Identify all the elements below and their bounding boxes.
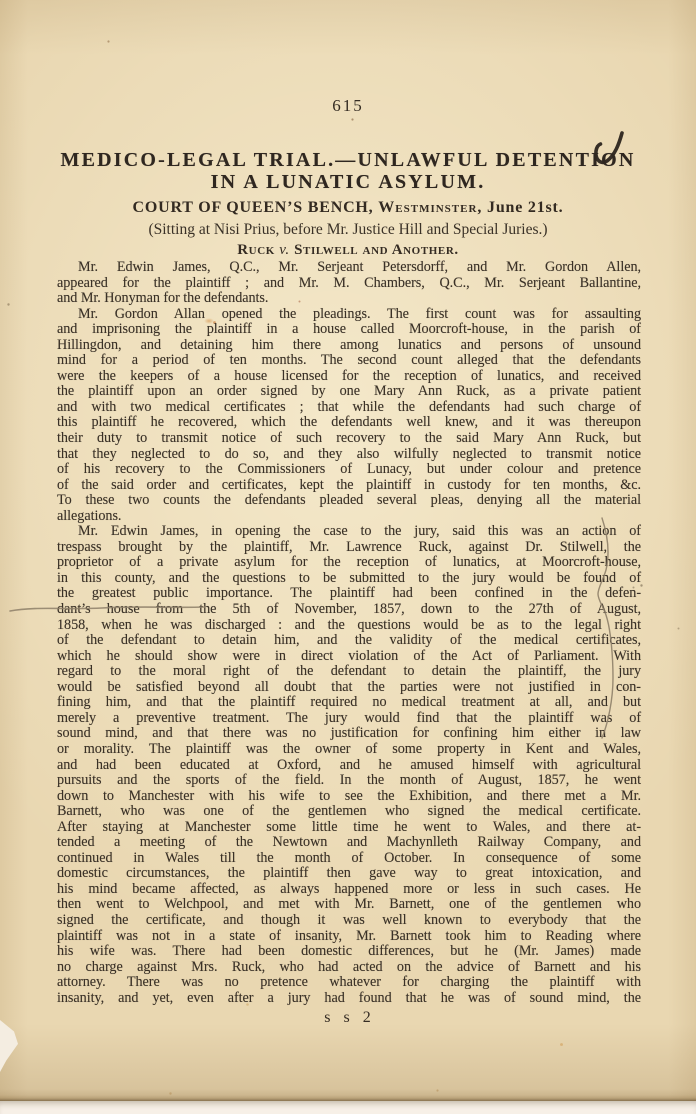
text-line: Mr. Edwin James, in opening the case to …	[57, 524, 641, 540]
text-line: this plaintiff he recovered, which the d…	[57, 415, 641, 431]
page-number: 615	[0, 96, 696, 116]
text-line: trespass brought by the plaintiff, Mr. L…	[57, 540, 641, 556]
scan-background-below-page	[0, 1101, 696, 1114]
text-line: 1858, when he was discharged : and the q…	[57, 618, 641, 634]
text-line: the plaintiff upon an order signed by on…	[57, 384, 641, 400]
paragraph: Mr. Edwin James, in opening the case to …	[57, 524, 641, 1006]
case-title: Ruck v. Stilwell and Another.	[0, 242, 696, 259]
text-line: fining him, and that the plaintiff requi…	[57, 695, 641, 711]
article-title: MEDICO-LEGAL TRIAL.—UNLAWFUL DETENTION I…	[0, 149, 696, 193]
text-line: no charge against Mrs. Ruck, who had act…	[57, 960, 641, 976]
court-heading: COURT OF QUEEN’S BENCH, Westminster, Jun…	[0, 199, 696, 217]
sitting-subheading: (Sitting at Nisi Prius, before Mr. Justi…	[0, 221, 696, 239]
text-line: allegations.	[57, 509, 641, 525]
text-line: of the said order and certificates, kept…	[57, 478, 641, 494]
text-line: Hillingdon, and detaining him there amon…	[57, 338, 641, 354]
court-place: Westminster	[378, 199, 477, 216]
text-line: pursuits and the sports of the field. In…	[57, 773, 641, 789]
paragraph: Mr. Gordon Allan opened the pleadings. T…	[57, 307, 641, 525]
text-line: mind for a period of ten months. The sec…	[57, 353, 641, 369]
case-versus: v.	[279, 242, 294, 258]
article-title-line1: MEDICO-LEGAL TRIAL.—UNLAWFUL DETENTION	[61, 149, 636, 171]
text-line: To these two counts the defendants plead…	[57, 493, 641, 509]
text-line: Mr. Gordon Allan opened the pleadings. T…	[57, 307, 641, 323]
text-line: of his recovery to the Commissioners of …	[57, 462, 641, 478]
case-plaintiff: Ruck	[237, 242, 279, 258]
text-line: their duty to transmit notice of such re…	[57, 431, 641, 447]
text-line: regard to the moral right of the defenda…	[57, 664, 641, 680]
text-line: and imprisoning the plaintiff in a house…	[57, 322, 641, 338]
text-line: Barnett, who was one of the gentlemen wh…	[57, 804, 641, 820]
text-line: domestic circumstances, the plaintiff th…	[57, 866, 641, 882]
text-line: signed the certificate, and though it wa…	[57, 913, 641, 929]
text-line: or morality. The plaintiff was the owner…	[57, 742, 641, 758]
text-line: and had been educated at Oxford, and he …	[57, 758, 641, 774]
text-line: Mr. Edwin James, Q.C., Mr. Serjeant Pete…	[57, 260, 641, 276]
text-line: insanity, and yet, even after a jury had…	[57, 991, 641, 1007]
article-title-line2: IN A LUNATIC ASYLUM.	[211, 171, 486, 193]
text-line: and with two medical certificates ; that…	[57, 400, 641, 416]
text-line: merely a preventive treatment. The jury …	[57, 711, 641, 727]
text-line: sound mind, and that there was no justif…	[57, 726, 641, 742]
text-line: proprietor of a private asylum for the r…	[57, 555, 641, 571]
torn-corner	[0, 1020, 18, 1072]
text-line: would be satisfied beyond all doubt that…	[57, 680, 641, 696]
paper-speckles	[0, 0, 1, 1]
scanned-page: 615 MEDICO-LEGAL TRIAL.—UNLAWFUL DETENTI…	[0, 0, 696, 1101]
text-line: dant’s house from the 5th of November, 1…	[57, 602, 641, 618]
text-line: attorney. There was no pretence whatever…	[57, 975, 641, 991]
text-line: After staying at Manchester some little …	[57, 820, 641, 836]
text-line: of the defendant to detain him, and the …	[57, 633, 641, 649]
paragraph: Mr. Edwin James, Q.C., Mr. Serjeant Pete…	[57, 260, 641, 307]
text-line: then went to Welchpool, and met with Mr.…	[57, 897, 641, 913]
signature-mark: s s 2	[0, 1009, 696, 1027]
text-line: his mind became affected, as always happ…	[57, 882, 641, 898]
text-line: the greatest public importance. The plai…	[57, 586, 641, 602]
text-line: that they neglected to do so, and they a…	[57, 447, 641, 463]
text-line: continued in Wales till the month of Oct…	[57, 851, 641, 867]
body-text: Mr. Edwin James, Q.C., Mr. Serjeant Pete…	[57, 260, 641, 1006]
scanned-document: 615 MEDICO-LEGAL TRIAL.—UNLAWFUL DETENTI…	[0, 0, 696, 1114]
text-line: plaintiff was not in a state of insanity…	[57, 929, 641, 945]
text-line: his wife was. There had been domestic di…	[57, 944, 641, 960]
text-line: in this county, and the questions to be …	[57, 571, 641, 587]
text-line: were the keepers of a house licensed for…	[57, 369, 641, 385]
court-name: COURT OF QUEEN’S BENCH,	[133, 199, 379, 216]
text-line: and Mr. Honyman for the defendants.	[57, 291, 641, 307]
text-line: tended a meeting of the Newtown and Mach…	[57, 835, 641, 851]
text-line: which he should show were in direct viol…	[57, 649, 641, 665]
court-date: , June 21st.	[477, 199, 563, 216]
text-line: appeared for the plaintiff ; and Mr. M. …	[57, 276, 641, 292]
text-line: down to Manchester with his wife to see …	[57, 789, 641, 805]
case-defendant: Stilwell and Another.	[294, 242, 459, 258]
